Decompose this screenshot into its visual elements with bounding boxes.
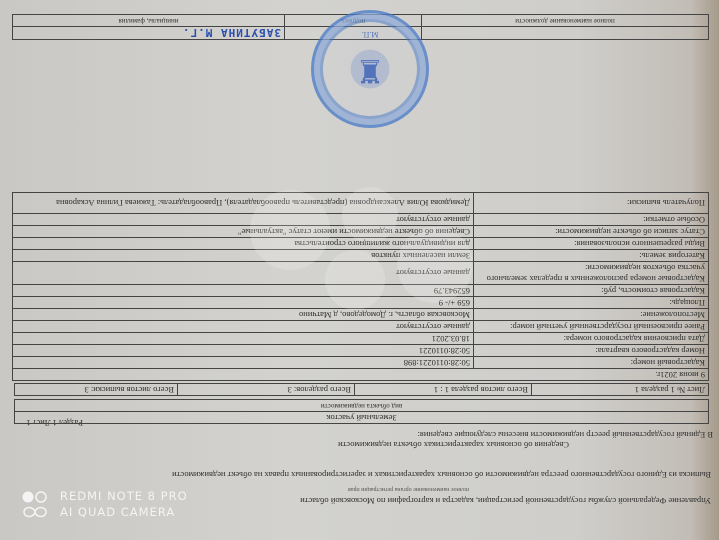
extract-title: Выписка из Единого государственного реес… xyxy=(172,470,711,480)
field-label: Дата присвоения кадастрового номера: xyxy=(474,333,709,345)
field-label: Ранее присвоенный государственный учетны… xyxy=(474,321,709,333)
field-label: Кадастровые номера расположенных в преде… xyxy=(474,262,709,285)
name-caption: инициалы, фамилия xyxy=(13,15,285,27)
object-type-value: Земельный участок xyxy=(15,412,709,424)
object-type-caption: вид объекта недвижимости xyxy=(15,400,709,412)
field-label: Получатель выписки: xyxy=(474,193,709,214)
object-type-table: Земельный участок вид объекта недвижимос… xyxy=(14,399,709,424)
signer-name: ЗАБУТИНА М.Г. xyxy=(13,27,285,40)
stamp-caption: М.П. xyxy=(314,30,426,39)
watermark-line2: AI QUAD CAMERA xyxy=(60,504,188,520)
coat-of-arms-icon: ♜ xyxy=(352,51,388,91)
avito-watermark-icon xyxy=(230,175,500,325)
watermark-line1: REDMI NOTE 8 PRO xyxy=(60,488,188,504)
table-row: Кадастровый номер:50:28:0110221:898 xyxy=(13,357,709,369)
sections-total: Всего разделов: 3 xyxy=(178,384,355,396)
agency-caption: полное наименование органа регистрации п… xyxy=(348,486,469,492)
field-label: Номер кадастрового квартала: xyxy=(474,345,709,357)
field-value: 50:28:0110221:898 xyxy=(13,357,474,369)
sheet-info-table: Лист № 1 раздела 1 Всего листов раздела … xyxy=(14,383,709,396)
table-row: Номер кадастрового квартала:50:28:011022… xyxy=(13,345,709,357)
sheets-total: Всего листов выписки: 3 xyxy=(15,384,178,396)
section-title: Сведения об основных характеристиках объ… xyxy=(338,440,569,450)
sheet-number: Лист № 1 раздела 1 xyxy=(532,384,709,396)
field-value: 18.03.2021 xyxy=(13,333,474,345)
position-caption: полное наименование должности xyxy=(422,15,709,27)
agency-name: Управление Федеральной службы государств… xyxy=(300,496,711,506)
field-label: Кадастровый номер: xyxy=(474,357,709,369)
position-value xyxy=(422,27,709,40)
table-row: Дата присвоения кадастрового номера:18.0… xyxy=(13,333,709,345)
field-label: Виды разрешенного использования: xyxy=(474,238,709,250)
field-label: Статус записи об объекте недвижимости: xyxy=(474,226,709,238)
intro-text: В Единый государственный реестр недвижим… xyxy=(418,430,714,440)
extract-date: 9 июня 2021г. xyxy=(13,369,709,381)
sheets-in-section: Всего листов раздела 1 : 1 xyxy=(355,384,532,396)
field-label: Местоположение: xyxy=(474,309,709,321)
field-label: Площадь: xyxy=(474,297,709,309)
field-label: Особые отметки: xyxy=(474,214,709,226)
camera-logo-icon xyxy=(22,490,48,520)
field-label: Кадастровая стоимость, руб: xyxy=(474,285,709,297)
field-label: Категория земель: xyxy=(474,250,709,262)
field-value: 50:28:0110221 xyxy=(13,345,474,357)
official-stamp: ♜ М.П. xyxy=(311,10,429,128)
